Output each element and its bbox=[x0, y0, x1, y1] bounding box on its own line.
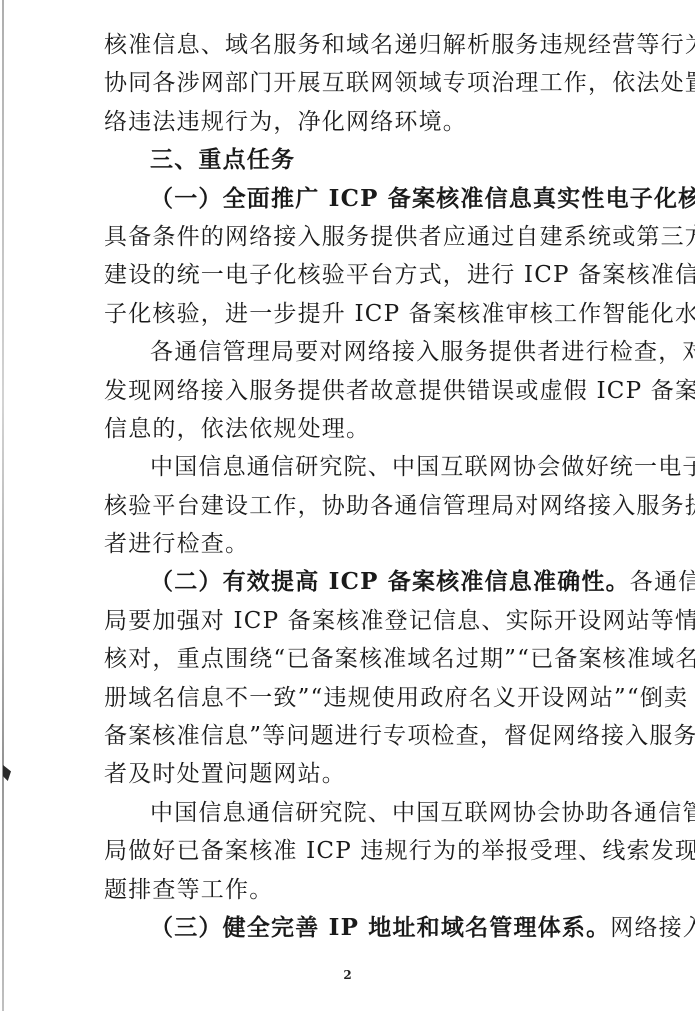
text-line: 备案核准信息”等问题进行专项检查，督促网络接入服务提供 bbox=[104, 717, 604, 755]
text-line: 核准信息、域名服务和域名递归解析服务违规经营等行为； bbox=[104, 26, 604, 64]
text-line: 中国信息通信研究院、中国互联网协会做好统一电子化 bbox=[104, 448, 604, 486]
text-line: 协同各涉网部门开展互联网领域专项治理工作，依法处置网 bbox=[104, 64, 604, 102]
subsection-line-3: （三）健全完善 IP 地址和域名管理体系。网络接入服 bbox=[104, 909, 604, 947]
text-line: 络违法违规行为，净化网络环境。 bbox=[104, 103, 604, 141]
page-number: 2 bbox=[0, 968, 695, 982]
text-line: 建设的统一电子化核验平台方式，进行 ICP 备案核准信息电 bbox=[104, 256, 604, 294]
section-heading: 三、重点任务 bbox=[104, 141, 604, 179]
text-line: 中国信息通信研究院、中国互联网协会协助各通信管理 bbox=[104, 794, 604, 832]
text-line: 信息的，依法依规处理。 bbox=[104, 410, 604, 448]
text-line: 发现网络接入服务提供者故意提供错误或虚假 ICP 备案核准 bbox=[104, 372, 604, 410]
subsection-heading-3: （三）健全完善 IP 地址和域名管理体系。 bbox=[150, 914, 610, 941]
subsection-heading-1: （一）全面推广 ICP 备案核准信息真实性电子化核验。 bbox=[104, 180, 604, 218]
text-line: 题排查等工作。 bbox=[104, 871, 604, 909]
subsection-heading-2: （二）有效提高 ICP 备案核准信息准确性。 bbox=[150, 568, 630, 595]
text-line: 者进行检查。 bbox=[104, 525, 604, 563]
text-line: 子化核验，进一步提升 ICP 备案核准审核工作智能化水平。 bbox=[104, 295, 604, 333]
text-line: 各通信管理局要对网络接入服务提供者进行检查，对于 bbox=[104, 333, 604, 371]
text-span: 各通信管理 bbox=[630, 569, 695, 595]
text-line: 册域名信息不一致”“违规使用政府名义开设网站”“倒卖 ICP bbox=[104, 679, 604, 717]
text-span: 网络接入服 bbox=[610, 915, 695, 941]
scan-edge-shadow bbox=[2, 0, 4, 1011]
text-line: 核验平台建设工作，协助各通信管理局对网络接入服务提供 bbox=[104, 487, 604, 525]
document-page: 核准信息、域名服务和域名递归解析服务违规经营等行为； 协同各涉网部门开展互联网领… bbox=[104, 26, 604, 947]
text-line: 者及时处置问题网站。 bbox=[104, 755, 604, 793]
text-line: 局做好已备案核准 ICP 违规行为的举报受理、线索发现、问 bbox=[104, 832, 604, 870]
text-line: 具备条件的网络接入服务提供者应通过自建系统或第三方 bbox=[104, 218, 604, 256]
text-line: 局要加强对 ICP 备案核准登记信息、实际开设网站等情况的 bbox=[104, 602, 604, 640]
scan-artifact-mark bbox=[3, 765, 11, 781]
subsection-line-2: （二）有效提高 ICP 备案核准信息准确性。各通信管理 bbox=[104, 563, 604, 601]
text-line: 核对，重点围绕“已备案核准域名过期”“已备案核准域名与注 bbox=[104, 640, 604, 678]
